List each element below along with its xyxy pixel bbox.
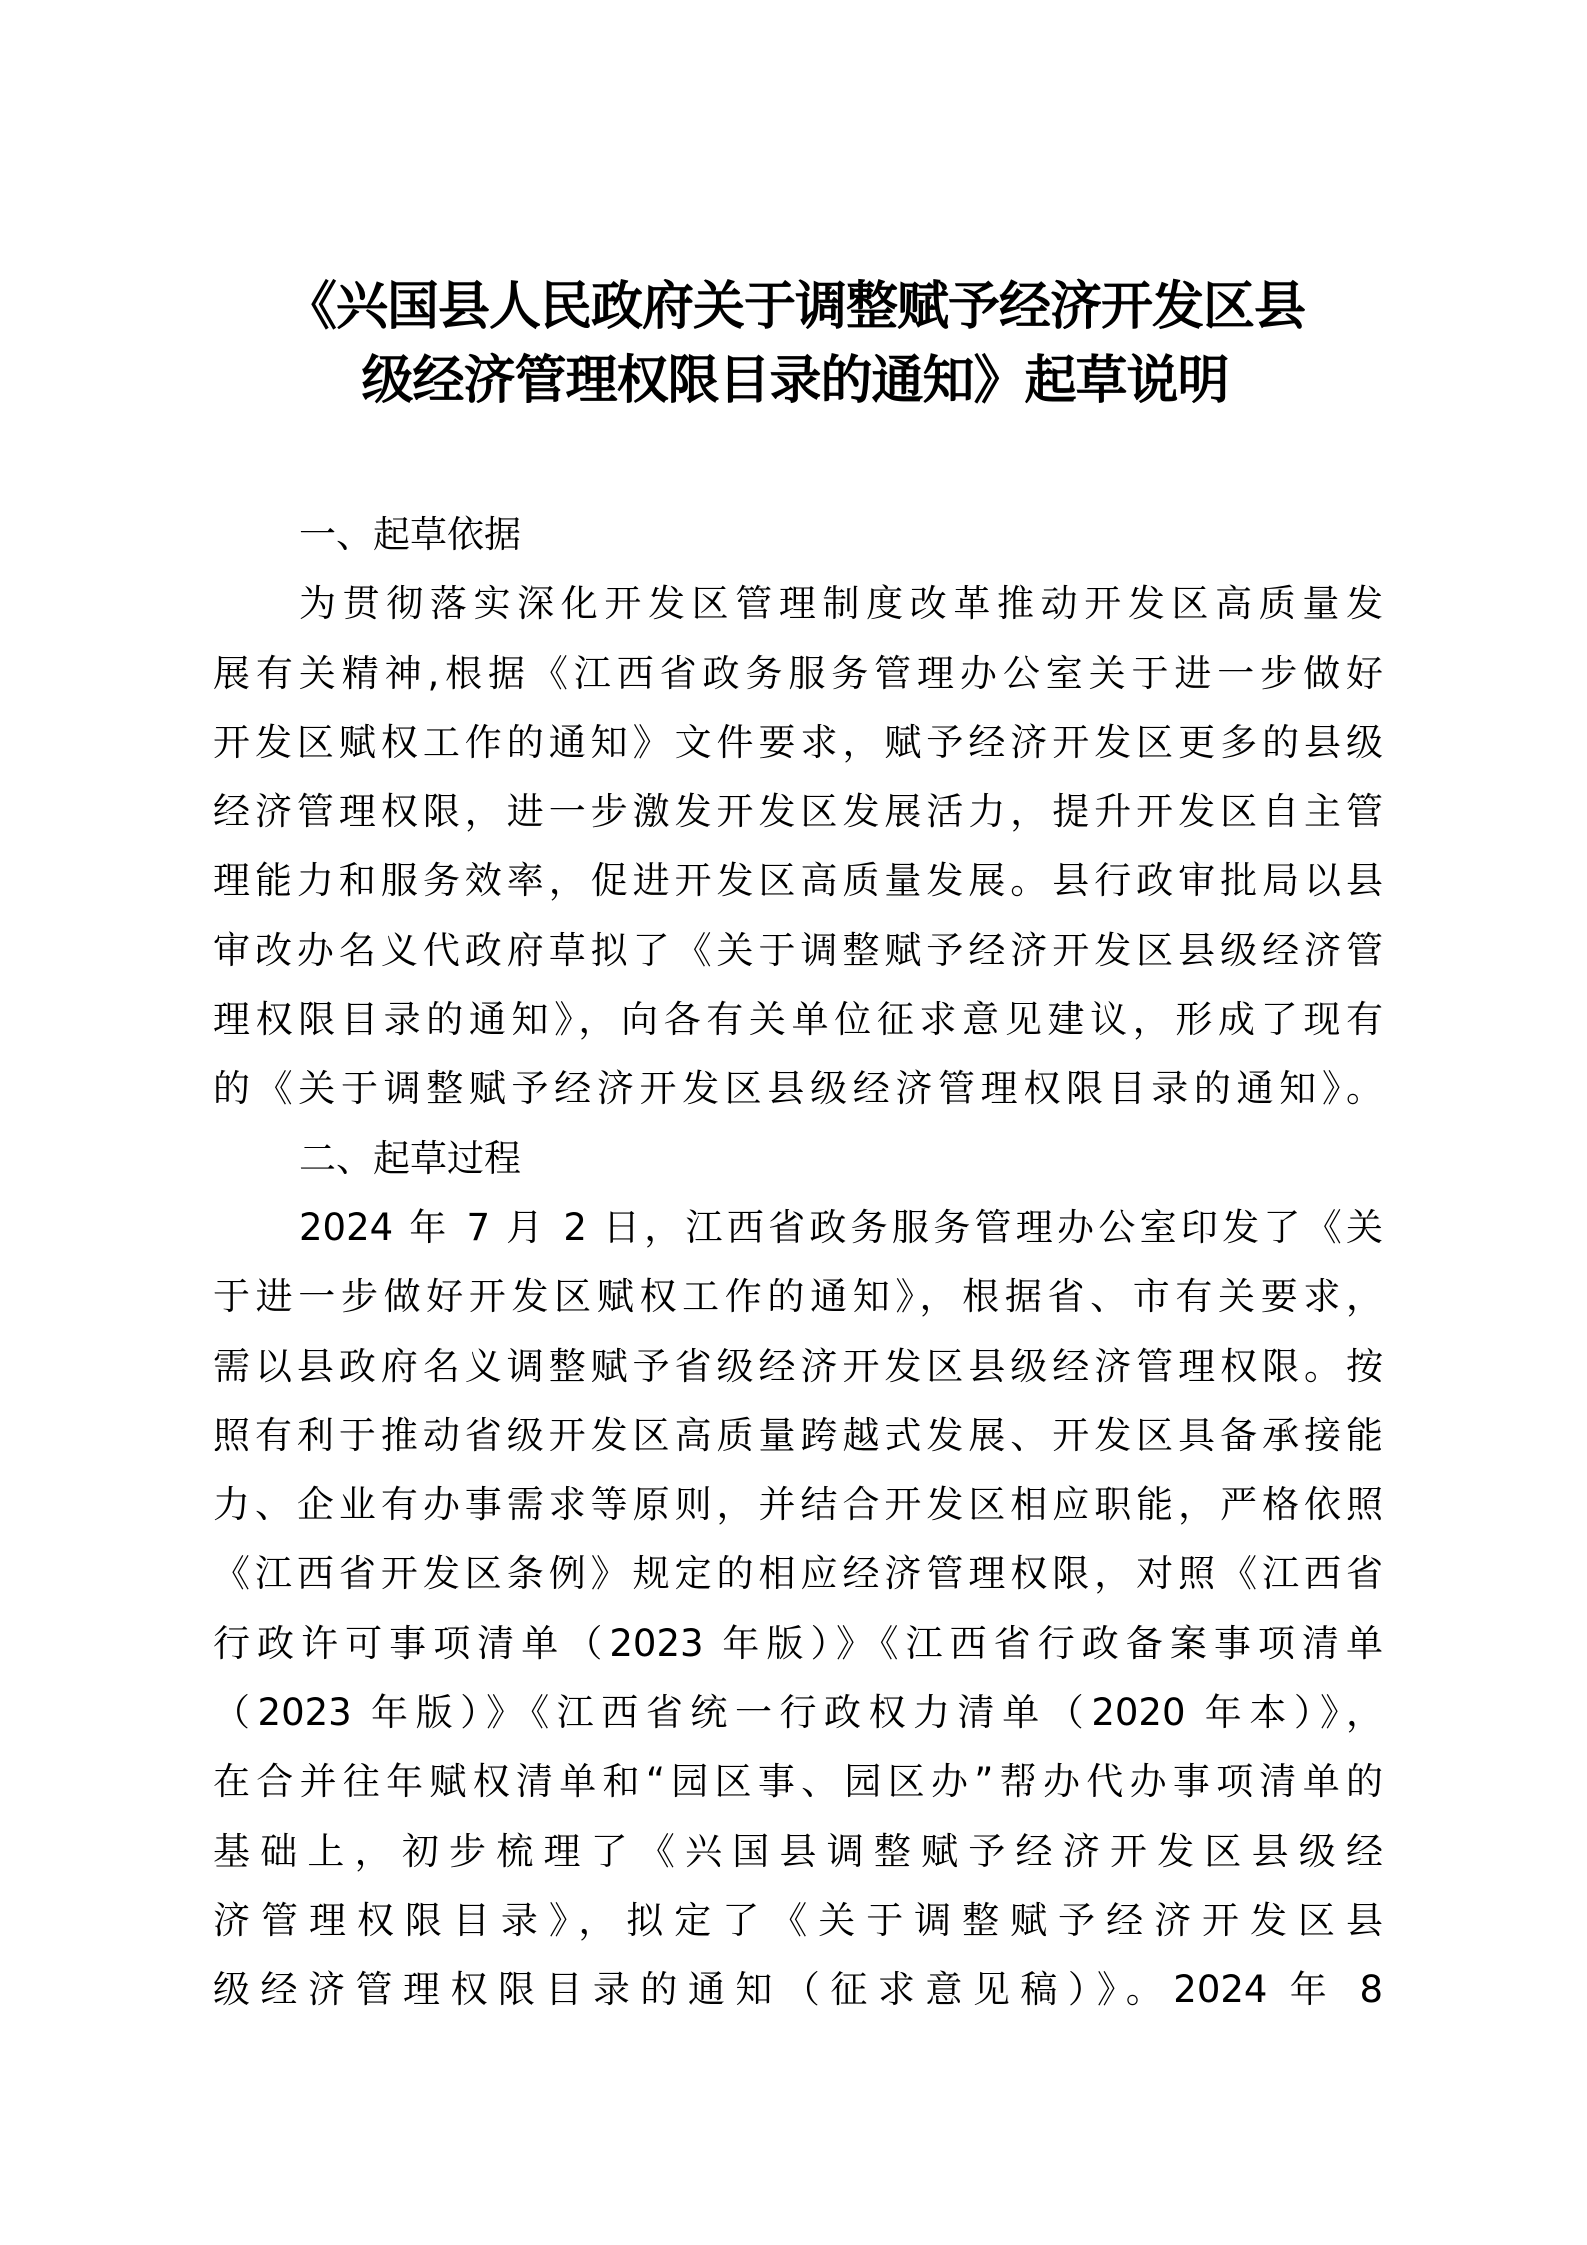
paragraph-line: 级经济管理权限目录的通知（征求意见稿）》。2024 年 8 [213, 1955, 1383, 2024]
paragraph-line: 行政许可事项清单（2023 年版）》《江西省行政备案事项清单 [213, 1609, 1383, 1678]
paragraph-line: 理权限目录的通知》，向各有关单位征求意见建议，形成了现有 [213, 985, 1383, 1054]
paragraph-line: 为贯彻落实深化开发区管理制度改革推动开发区高质量发 [213, 569, 1383, 638]
document-page: 《兴国县人民政府关于调整赋予经济开发区县 级经济管理权限目录的通知》起草说明 一… [0, 0, 1587, 2245]
paragraph-line: 经济管理权限，进一步激发开发区发展活力，提升开发区自主管 [213, 777, 1383, 846]
paragraph-line: 基础上，初步梳理了《兴国县调整赋予经济开发区县级经 [213, 1817, 1383, 1886]
document-body: 一、起草依据 为贯彻落实深化开发区管理制度改革推动开发区高质量发 展有关精神,根… [213, 500, 1383, 2025]
paragraph-line: 力、企业有办事需求等原则，并结合开发区相应职能，严格依照 [213, 1470, 1383, 1539]
paragraph-line: 审改办名义代政府草拟了《关于调整赋予经济开发区县级经济管 [213, 916, 1383, 985]
section-heading-basis: 一、起草依据 [213, 500, 1383, 569]
paragraph-line: 于进一步做好开发区赋权工作的通知》，根据省、市有关要求， [213, 1262, 1383, 1331]
paragraph-line: 展有关精神,根据《江西省政务服务管理办公室关于进一步做好 [213, 639, 1383, 708]
paragraph-line: 需以县政府名义调整赋予省级经济开发区县级经济管理权限。按 [213, 1332, 1383, 1401]
paragraph-line: 理能力和服务效率，促进开发区高质量发展。县行政审批局以县 [213, 846, 1383, 915]
section-heading-process: 二、起草过程 [213, 1124, 1383, 1193]
paragraph-line: 2024 年 7 月 2 日，江西省政务服务管理办公室印发了《关 [213, 1193, 1383, 1262]
paragraph-line: 在合并往年赋权清单和“园区事、园区办”帮办代办事项清单的 [213, 1747, 1383, 1816]
paragraph-line: 《江西省开发区条例》规定的相应经济管理权限，对照《江西省 [213, 1539, 1383, 1608]
paragraph-line: 照有利于推动省级开发区高质量跨越式发展、开发区具备承接能 [213, 1401, 1383, 1470]
paragraph-line: （2023 年版）》《江西省统一行政权力清单（2020 年本）》， [213, 1678, 1383, 1747]
title-line-1: 《兴国县人民政府关于调整赋予经济开发区县 [200, 270, 1390, 344]
paragraph-line: 济管理权限目录》，拟定了《关于调整赋予经济开发区县 [213, 1886, 1383, 1955]
paragraph-line: 的《关于调整赋予经济开发区县级经济管理权限目录的通知》。 [213, 1054, 1383, 1123]
paragraph-line: 开发区赋权工作的通知》文件要求，赋予经济开发区更多的县级 [213, 708, 1383, 777]
title-line-2: 级经济管理权限目录的通知》起草说明 [200, 344, 1390, 418]
document-title: 《兴国县人民政府关于调整赋予经济开发区县 级经济管理权限目录的通知》起草说明 [200, 270, 1390, 418]
